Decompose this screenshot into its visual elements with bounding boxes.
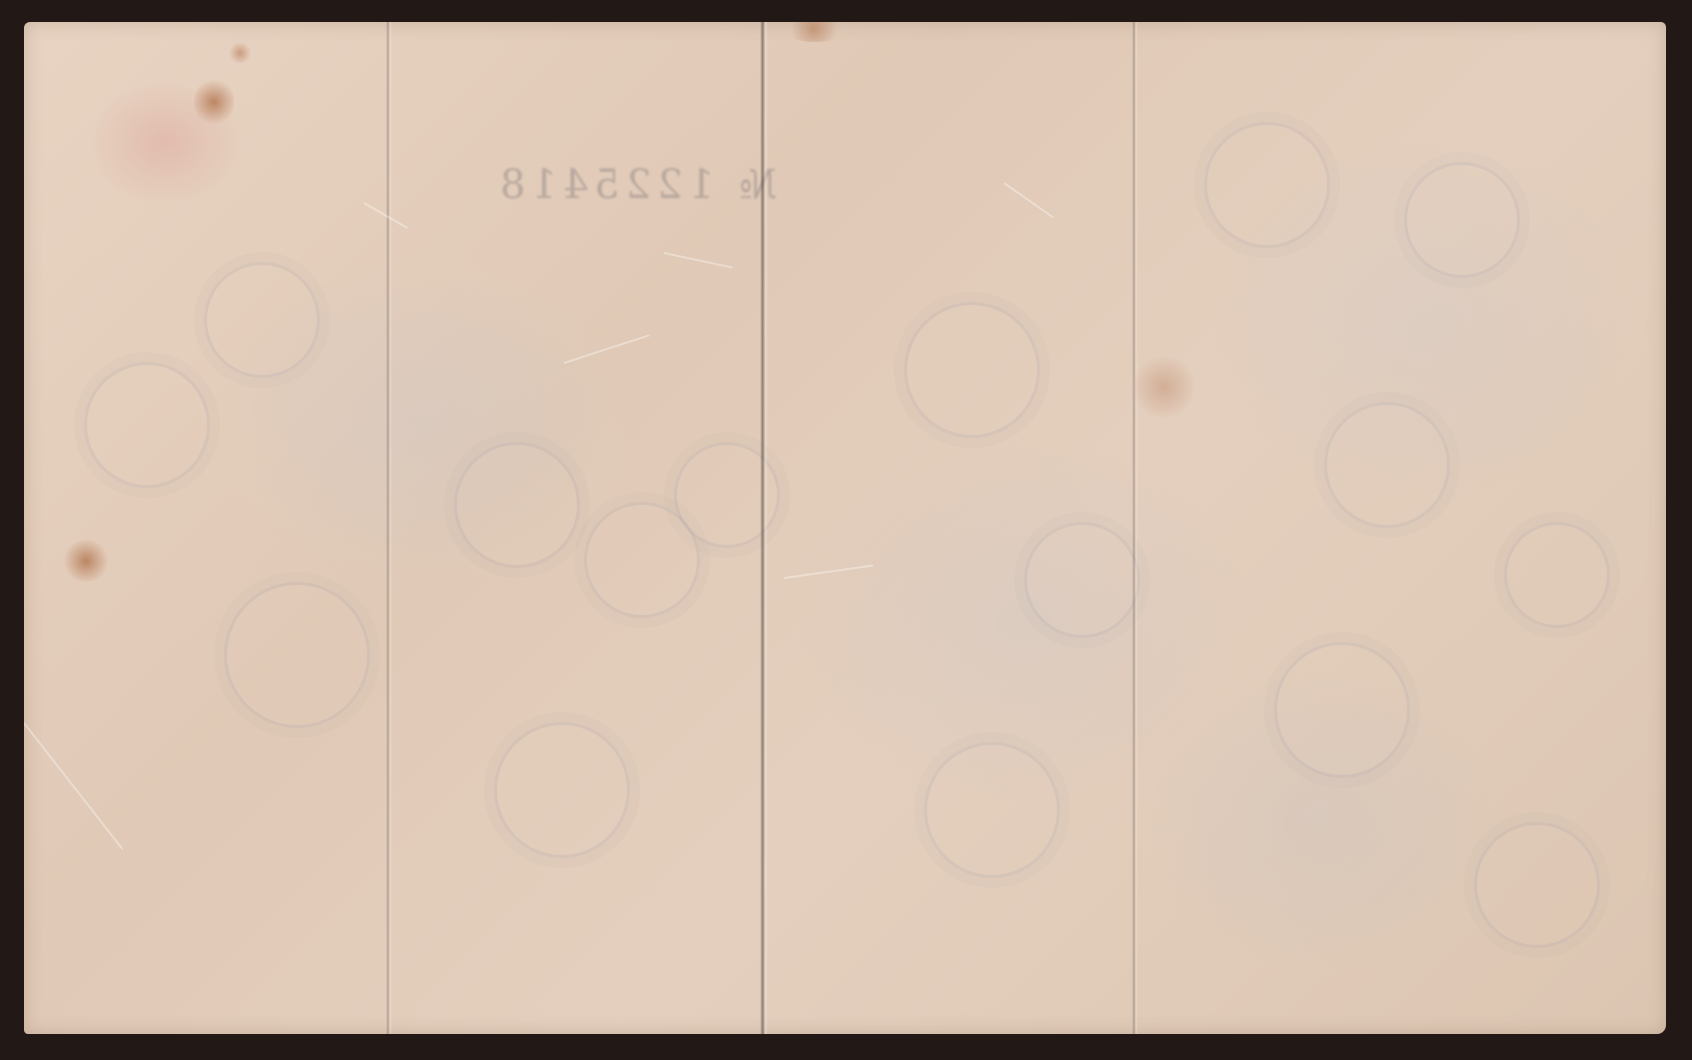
crease-mark xyxy=(664,252,733,269)
rosette-pattern xyxy=(1474,822,1600,948)
showthrough-serial: № 1225418 xyxy=(494,162,777,208)
foxing-stain xyxy=(1134,352,1194,422)
rosette-pattern xyxy=(494,722,630,858)
fold-line-right xyxy=(1132,22,1138,1034)
fold-line-left xyxy=(386,22,392,1034)
crease-mark xyxy=(1003,182,1053,218)
rosette-pattern xyxy=(1504,522,1610,628)
rosette-pattern xyxy=(1274,642,1410,778)
rosette-pattern xyxy=(924,742,1060,878)
crease-mark xyxy=(24,722,123,849)
fold-line-center xyxy=(760,22,768,1034)
rosette-pattern xyxy=(224,582,370,728)
rosette-pattern xyxy=(1204,122,1330,248)
banknote-reverse: № 1225418 xyxy=(24,22,1666,1034)
rosette-pattern xyxy=(1024,522,1140,638)
rosette-pattern xyxy=(904,302,1040,438)
rosette-pattern xyxy=(1404,162,1520,278)
foxing-stain xyxy=(229,42,251,64)
crease-mark xyxy=(784,564,873,579)
rosette-pattern xyxy=(454,442,580,568)
foxing-stain xyxy=(784,22,844,42)
rosette-pattern xyxy=(204,262,320,378)
rosette-pattern xyxy=(1324,402,1450,528)
rosette-pattern xyxy=(84,362,210,488)
crease-mark xyxy=(564,334,650,364)
foxing-stain xyxy=(194,77,234,127)
foxing-stain xyxy=(62,540,110,582)
